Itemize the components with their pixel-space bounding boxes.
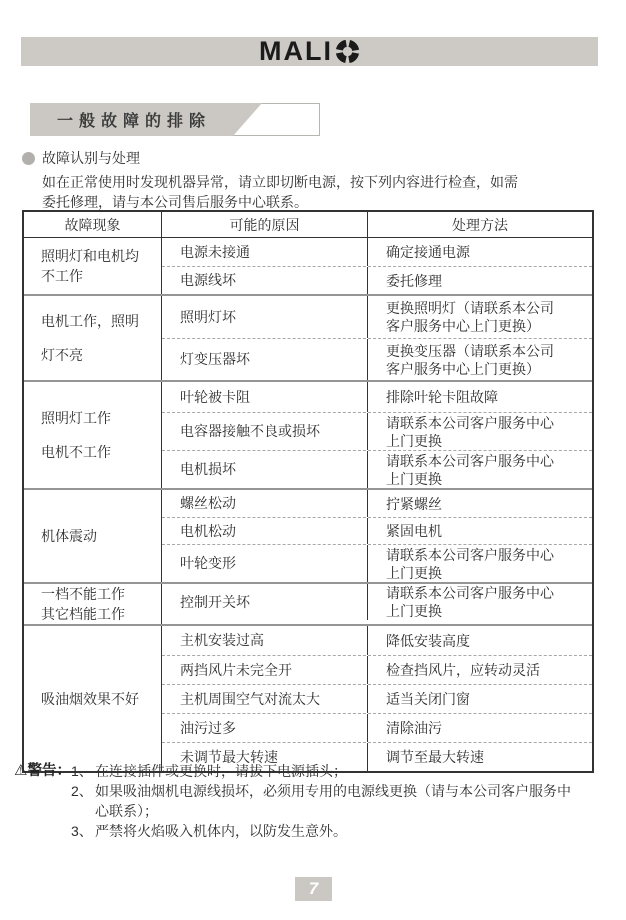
table-group-motor-dead: 照明灯工作 电机不工作 叶轮被卡阻 排除叶轮卡阻故障 电容器接触不良或损坏 请联… <box>24 380 592 488</box>
warning-item: 3、 严禁将火焰吸入机体内，以防发生意外。 <box>71 821 577 841</box>
remedy-cell: 紧固电机 <box>368 518 592 544</box>
table-group-lamp-off: 电机工作，照明 灯不亮 照明灯坏 更换照明灯（请联系本公司客户服务中心上门更换）… <box>24 294 592 380</box>
table-group-poor-suction: 吸油烟效果不好 主机安装过高 降低安装高度 两挡风片未完全开 检查挡风片，应转动… <box>24 624 592 771</box>
bullet-circle-icon <box>22 152 35 165</box>
cause-cell: 电机松动 <box>162 518 368 544</box>
remedy-cell: 拧紧螺丝 <box>368 490 592 517</box>
remedy-cell: 请联系本公司客户服务中心上门更换 <box>368 545 592 582</box>
remedy-cell: 请联系本公司客户服务中心上门更换 <box>368 451 592 488</box>
symptom-cell: 一档不能工作 其它档能工作 <box>24 584 162 624</box>
warning-block: ⚠警告： 1、 在连接插件或更换时，请拔下电源插头； 2、 如果吸油烟机电源线损… <box>14 761 614 841</box>
warning-triangle-icon: ⚠ <box>14 762 27 779</box>
cause-cell: 灯变压器坏 <box>162 339 368 380</box>
brand-logo-text: MALI <box>259 38 333 65</box>
cause-cell: 叶轮被卡阻 <box>162 382 368 412</box>
cause-cell: 油污过多 <box>162 714 368 742</box>
table-row: 电源未接通 确定接通电源 <box>162 238 592 266</box>
table-row: 电机损坏 请联系本公司客户服务中心上门更换 <box>162 450 592 488</box>
table-row: 控制开关坏 请联系本公司客户服务中心上门更换 <box>162 584 592 620</box>
cause-cell: 两挡风片未完全开 <box>162 656 368 684</box>
intro-line-2: 委托修理，请与本公司售后服务中心联系。 <box>42 192 604 212</box>
table-row: 两挡风片未完全开 检查挡风片，应转动灵活 <box>162 655 592 684</box>
column-header-remedy: 处理方法 <box>368 212 592 237</box>
troubleshooting-table: 故障现象 可能的原因 处理方法 照明灯和电机均 不工作 电源未接通 确定接通电源… <box>22 210 594 773</box>
table-row: 灯变压器坏 更换变压器（请联系本公司客户服务中心上门更换） <box>162 338 592 380</box>
remedy-cell: 请联系本公司客户服务中心上门更换 <box>368 413 592 450</box>
warning-item: 2、 如果吸油烟机电源线损坏，必须用专用的电源线更换（请与本公司客户服务中心联系… <box>71 781 577 821</box>
page-number-badge: 7 <box>295 877 332 901</box>
symptom-cell: 吸油烟效果不好 <box>24 626 162 771</box>
cause-cell: 电机损坏 <box>162 451 368 488</box>
table-row: 叶轮变形 请联系本公司客户服务中心上门更换 <box>162 544 592 582</box>
table-group-vibration: 机体震动 螺丝松动 拧紧螺丝 电机松动 紧固电机 叶轮变形 请联系本公司客户服务… <box>24 488 592 582</box>
remedy-cell: 更换变压器（请联系本公司客户服务中心上门更换） <box>368 339 592 380</box>
cause-cell: 照明灯坏 <box>162 296 368 338</box>
remedy-cell: 检查挡风片，应转动灵活 <box>368 656 592 684</box>
cause-cell: 控制开关坏 <box>162 584 368 620</box>
table-row: 主机周围空气对流太大 适当关闭门窗 <box>162 684 592 713</box>
section-title: 一般故障的排除 <box>30 108 211 131</box>
segmented-ring-icon <box>335 39 360 64</box>
remedy-cell: 清除油污 <box>368 714 592 742</box>
brand-bar: MALI <box>21 37 598 66</box>
cause-cell: 电源未接通 <box>162 238 368 266</box>
remedy-cell: 确定接通电源 <box>368 238 592 266</box>
page-number: 7 <box>309 879 318 899</box>
remedy-cell: 排除叶轮卡阻故障 <box>368 382 592 412</box>
section-title-banner: 一般故障的排除 <box>30 103 320 136</box>
table-header-row: 故障现象 可能的原因 处理方法 <box>24 212 592 238</box>
symptom-cell: 机体震动 <box>24 490 162 582</box>
warning-item: 1、 在连接插件或更换时，请拔下电源插头； <box>71 761 577 781</box>
intro-line-1: 如在正常使用时发现机器异常，请立即切断电源，按下列内容进行检查，如需 <box>42 172 604 192</box>
remedy-cell: 委托修理 <box>368 267 592 294</box>
symptom-cell: 电机工作，照明 灯不亮 <box>24 296 162 380</box>
warning-label: ⚠警告： <box>14 761 71 841</box>
symptom-cell: 照明灯工作 电机不工作 <box>24 382 162 488</box>
table-row: 油污过多 清除油污 <box>162 713 592 742</box>
remedy-cell: 降低安装高度 <box>368 626 592 655</box>
table-row: 螺丝松动 拧紧螺丝 <box>162 490 592 517</box>
column-header-cause: 可能的原因 <box>162 212 368 237</box>
cause-cell: 电源线坏 <box>162 267 368 294</box>
cause-cell: 叶轮变形 <box>162 545 368 582</box>
cause-cell: 螺丝松动 <box>162 490 368 517</box>
remedy-cell: 适当关闭门窗 <box>368 685 592 713</box>
column-header-symptom: 故障现象 <box>24 212 162 237</box>
cause-cell: 电容器接触不良或损坏 <box>162 413 368 450</box>
table-row: 照明灯坏 更换照明灯（请联系本公司客户服务中心上门更换） <box>162 296 592 338</box>
brand-logo: MALI <box>259 38 360 65</box>
cause-cell: 主机周围空气对流太大 <box>162 685 368 713</box>
table-group-lamp-motor-dead: 照明灯和电机均 不工作 电源未接通 确定接通电源 电源线坏 委托修理 <box>24 238 592 294</box>
intro-block: 故障认别与处理 如在正常使用时发现机器异常，请立即切断电源，按下列内容进行检查，… <box>22 148 604 212</box>
table-row: 电机松动 紧固电机 <box>162 517 592 544</box>
table-row: 主机安装过高 降低安装高度 <box>162 626 592 655</box>
symptom-cell: 照明灯和电机均 不工作 <box>24 238 162 294</box>
intro-heading: 故障认别与处理 <box>42 148 140 168</box>
table-row: 电源线坏 委托修理 <box>162 266 592 294</box>
table-group-first-speed: 一档不能工作 其它档能工作 控制开关坏 请联系本公司客户服务中心上门更换 <box>24 582 592 624</box>
table-row: 叶轮被卡阻 排除叶轮卡阻故障 <box>162 382 592 412</box>
remedy-cell: 更换照明灯（请联系本公司客户服务中心上门更换） <box>368 296 592 338</box>
remedy-cell: 请联系本公司客户服务中心上门更换 <box>368 584 592 620</box>
table-row: 电容器接触不良或损坏 请联系本公司客户服务中心上门更换 <box>162 412 592 450</box>
cause-cell: 主机安装过高 <box>162 626 368 655</box>
